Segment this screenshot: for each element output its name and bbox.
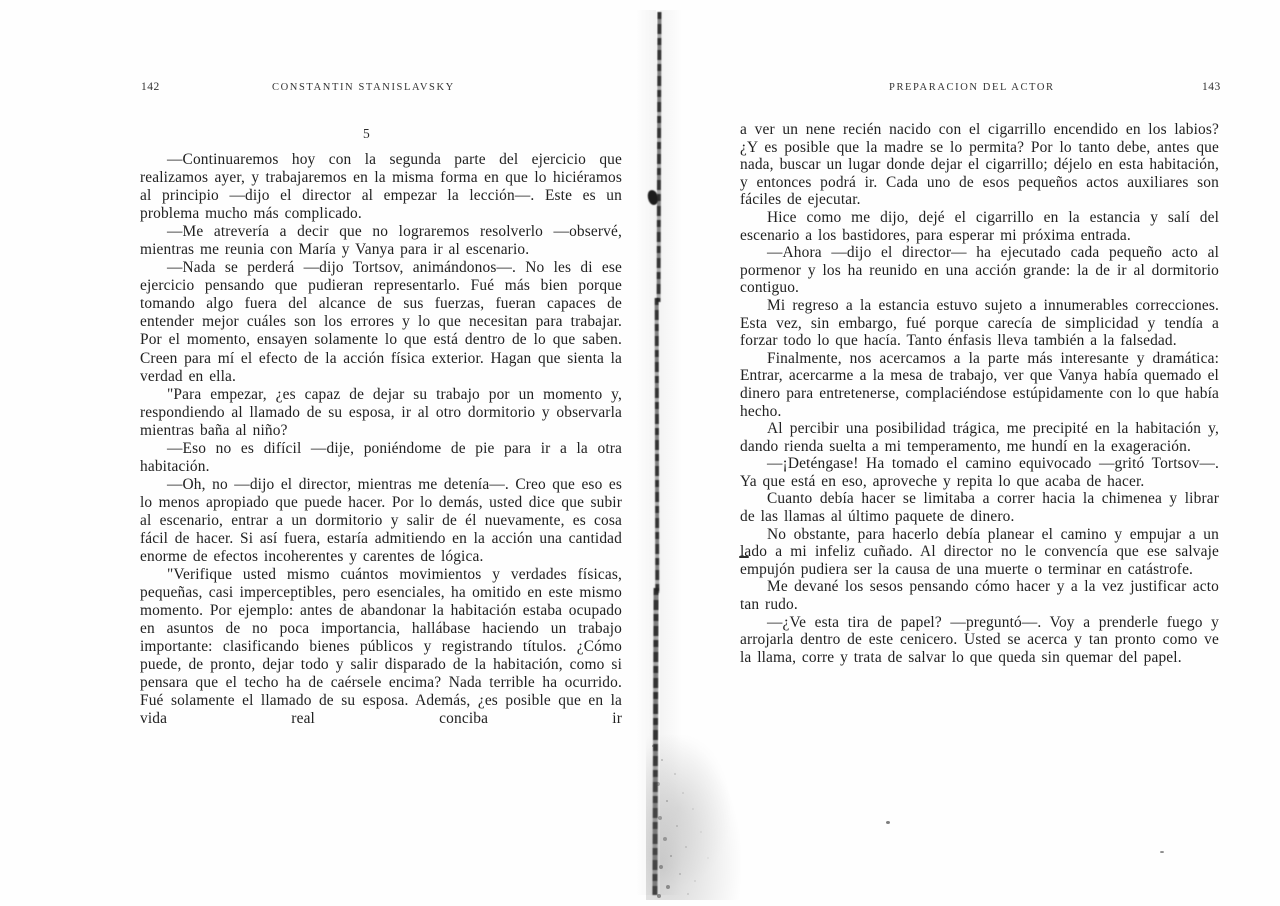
paragraph: Cuanto debía hacer se limitaba a correr … <box>740 490 1219 525</box>
paragraph: —Oh, no —dijo el director, mientras me d… <box>140 476 622 566</box>
section-number: 5 <box>363 126 370 142</box>
gutter-line <box>655 298 660 593</box>
paragraph: —¿Ve esta tira de papel? —preguntó—. Voy… <box>740 614 1219 667</box>
right-page-number: 143 <box>1202 81 1221 93</box>
gutter-speckles <box>652 745 654 747</box>
right-running-header: PREPARACION DEL ACTOR <box>889 82 1055 93</box>
gutter-grain-smudge <box>646 735 741 900</box>
paragraph: —Ahora —dijo el director— ha ejecutado c… <box>740 244 1219 297</box>
paragraph: —Continuaremos hoy con la segunda parte … <box>140 151 622 223</box>
paragraph: "Para empezar, ¿es capaz de dejar su tra… <box>140 386 622 440</box>
right-page-body: a ver un nene recién nacido con el cigar… <box>740 121 1219 666</box>
dust-speck <box>886 821 890 824</box>
paragraph: Mi regreso a la estancia estuvo sujeto a… <box>740 297 1219 350</box>
book-scan-spread: 142 CONSTANTIN STANISLAVSKY PREPARACION … <box>0 0 1280 906</box>
paragraph: Al percibir una posibilidad trágica, me … <box>740 420 1219 455</box>
paragraph: Me devané los sesos pensando cómo hacer … <box>740 578 1219 613</box>
paragraph: "Verifique usted mismo cuántos movimient… <box>140 566 622 728</box>
paragraph: No obstante, para hacerlo debía planear … <box>740 526 1219 579</box>
dust-speck <box>1160 851 1164 853</box>
left-running-header: CONSTANTIN STANISLAVSKY <box>272 82 455 93</box>
paragraph: —Eso no es difícil —dije, poniéndome de … <box>140 440 622 476</box>
paragraph: Hice como me dijo, dejé el cigarrillo en… <box>740 209 1219 244</box>
left-page-body: —Continuaremos hoy con la segunda parte … <box>140 151 622 729</box>
paragraph: Finalmente, nos acercamos a la parte más… <box>740 350 1219 420</box>
paragraph: —¡Deténgase! Ha tomado el camino equivoc… <box>740 455 1219 490</box>
paragraph: —Nada se perderá —dijo Tortsov, animándo… <box>140 259 622 385</box>
left-page-number: 142 <box>141 81 160 93</box>
stray-ink-mark <box>739 556 749 558</box>
paragraph: a ver un nene recién nacido con el cigar… <box>740 121 1219 209</box>
paragraph: —Me atrevería a decir que no lograremos … <box>140 223 622 259</box>
